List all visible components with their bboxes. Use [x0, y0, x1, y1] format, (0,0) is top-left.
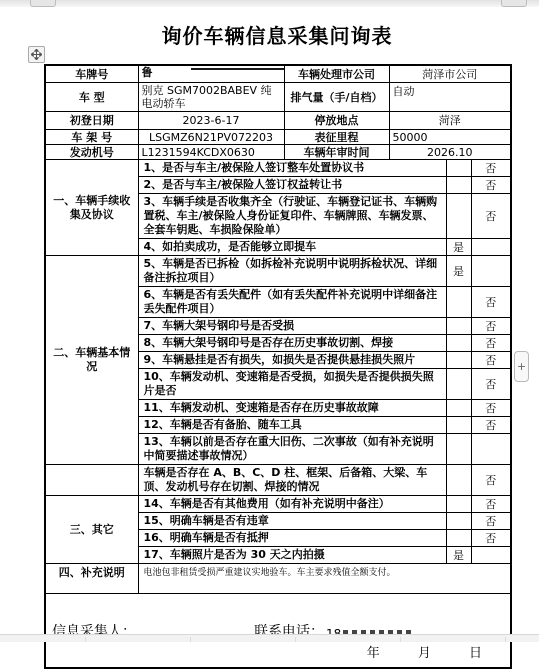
section-label-4: 四、补充说明	[45, 564, 138, 594]
answer-no-cell[interactable]: 否	[471, 318, 511, 335]
question-text: 3、车辆手续是否收集齐全（行驶证、车辆登记证书、车辆购置税、车主/被保险人身份证…	[138, 194, 446, 239]
top-right-tab-shape	[501, 0, 527, 7]
answer-yes-cell[interactable]	[446, 400, 471, 417]
answer-yes-cell[interactable]	[446, 160, 471, 177]
answer-yes-cell[interactable]: 是	[446, 239, 471, 256]
supplement-content[interactable]: 电池包非租赁受损严重建议实地验车。车主要求残值全额支付。	[138, 564, 511, 594]
field-label: 车辆处理市公司	[284, 65, 389, 83]
answer-no-cell[interactable]	[471, 434, 511, 465]
bottom-chrome-strip	[0, 634, 539, 641]
table-move-handle[interactable]	[28, 46, 45, 63]
answer-no-cell[interactable]: 否	[471, 400, 511, 417]
question-text: 16、明确车辆是否有抵押	[138, 530, 446, 547]
question-text: 14、车辆是否有其他费用（如有补充说明中备注）	[138, 496, 446, 513]
question-text: 10、车辆发动机、变速箱是否受损，如损失是否提供损失照片是否	[138, 369, 446, 400]
section-label-1: 一、车辆手续收集及协议	[45, 160, 138, 256]
field-label: 初登日期	[45, 112, 138, 130]
question-text: 11、车辆发动机、变速箱是否存在历史事故故障	[138, 400, 446, 417]
page-title: 询价车辆信息采集问询表	[44, 20, 510, 49]
answer-no-cell[interactable]: 否	[471, 513, 511, 530]
answer-yes-cell[interactable]	[446, 369, 471, 400]
gearbox-value[interactable]: 自动	[389, 83, 511, 112]
answer-yes-cell[interactable]: 是	[446, 547, 471, 564]
engine-no-value[interactable]: L1231594KCDX0630	[138, 145, 284, 160]
answer-yes-cell[interactable]	[446, 352, 471, 369]
inspection-date-value[interactable]: 2026.10	[389, 145, 511, 160]
field-label: 发动机号	[45, 145, 138, 160]
question-text: 4、如拍卖成功，是否能够立即提车	[138, 239, 446, 256]
question-text: 6、车辆是否有丢失配件（如有丢失配件补充说明中详细备注丢失配件项目）	[138, 287, 446, 318]
question-text: 15、明确车辆是否有违章	[138, 513, 446, 530]
top-chrome-strip	[0, 0, 539, 7]
question-text: 7、车辆大架号钢印号是否受损	[138, 318, 446, 335]
question-text: 12、车辆是否有备胎、随车工具	[138, 417, 446, 434]
question-text: 5、车辆是否已拆检（如拆检补充说明中说明拆检状况、详细备注拆拉项目）	[138, 256, 446, 287]
plus-icon: +	[517, 360, 526, 373]
section-label-2: 二、车辆基本情况	[45, 256, 138, 465]
answer-no-cell[interactable]	[471, 256, 511, 287]
question-text: 8、车辆大架号钢印号是否存在历史事故切割、焊接	[138, 335, 446, 352]
field-label: 表征里程	[284, 130, 389, 145]
question-text: 1、是否与车主/被保险人签订整车处置协议书	[138, 160, 446, 177]
answer-yes-cell[interactable]	[446, 417, 471, 434]
answer-no-cell[interactable]: 否	[471, 352, 511, 369]
plus-button[interactable]: +	[514, 351, 529, 382]
mileage-value[interactable]: 50000	[389, 130, 511, 145]
top-left-tab-shape	[30, 0, 56, 7]
answer-yes-cell[interactable]	[446, 434, 471, 465]
answer-no-cell[interactable]: 否	[471, 287, 511, 318]
answer-no-cell[interactable]: 否	[471, 160, 511, 177]
answer-yes-cell[interactable]	[446, 496, 471, 513]
section-label-empty	[45, 465, 138, 496]
answer-no-cell[interactable]	[471, 547, 511, 564]
field-label: 停放地点	[284, 112, 389, 130]
field-label: 车 型	[45, 83, 138, 112]
answer-yes-cell[interactable]	[446, 335, 471, 352]
answer-yes-cell[interactable]	[446, 465, 471, 496]
register-date-value[interactable]: 2023-6-17	[138, 112, 284, 130]
move-arrows-icon	[31, 45, 42, 64]
answer-yes-cell[interactable]	[446, 194, 471, 239]
answer-no-cell[interactable]: 否	[471, 177, 511, 194]
vehicle-model-value[interactable]: 别克 SGM7002BABEV 纯电动轿车	[138, 83, 284, 112]
field-label: 排气量（手/自档）	[284, 83, 389, 112]
question-text: 车辆是否存在 A、B、C、D 柱、框架、后备箱、大梁、车顶、发动机号存在切割、焊…	[138, 465, 446, 496]
field-label: 车 架 号	[45, 130, 138, 145]
plate-number-value[interactable]: 鲁	[138, 65, 284, 83]
question-text: 9、车辆悬挂是否有损失，如损失是否提供悬挂损失照片	[138, 352, 446, 369]
answer-yes-cell[interactable]: 是	[446, 256, 471, 287]
answer-yes-cell[interactable]	[446, 177, 471, 194]
answer-yes-cell[interactable]	[446, 513, 471, 530]
answer-no-cell[interactable]: 否	[471, 369, 511, 400]
answer-yes-cell[interactable]	[446, 318, 471, 335]
field-label: 车辆年审时间	[284, 145, 389, 160]
answer-no-cell[interactable]	[471, 239, 511, 256]
answer-yes-cell[interactable]	[446, 287, 471, 318]
parking-place-value[interactable]: 菏泽	[389, 112, 511, 130]
answer-no-cell[interactable]: 否	[471, 465, 511, 496]
plate-partial-text: 鲁	[142, 66, 154, 79]
vin-value[interactable]: LSGMZ6N21PV072203	[138, 130, 284, 145]
section-label-3: 三、其它	[45, 496, 138, 564]
answer-no-cell[interactable]: 否	[471, 335, 511, 352]
answer-no-cell[interactable]: 否	[471, 194, 511, 239]
question-text: 17、车辆照片是否为 30 天之内拍摄	[138, 547, 446, 564]
redaction-line	[191, 68, 285, 70]
handling-company-value[interactable]: 菏泽市公司	[389, 65, 511, 83]
answer-no-cell[interactable]: 否	[471, 496, 511, 513]
inquiry-table: 车牌号 鲁 车辆处理市公司 菏泽市公司 车 型 别克 SGM7002BABEV …	[44, 64, 512, 641]
question-text: 2、是否与车主/被保险人签订权益转让书	[138, 177, 446, 194]
question-text: 13、车辆以前是否存在重大旧伤、二次事故（如有补充说明中简要描述事故情况）	[138, 434, 446, 465]
answer-yes-cell[interactable]	[446, 530, 471, 547]
field-label: 车牌号	[45, 65, 138, 83]
answer-no-cell[interactable]: 否	[471, 530, 511, 547]
answer-no-cell[interactable]: 否	[471, 417, 511, 434]
